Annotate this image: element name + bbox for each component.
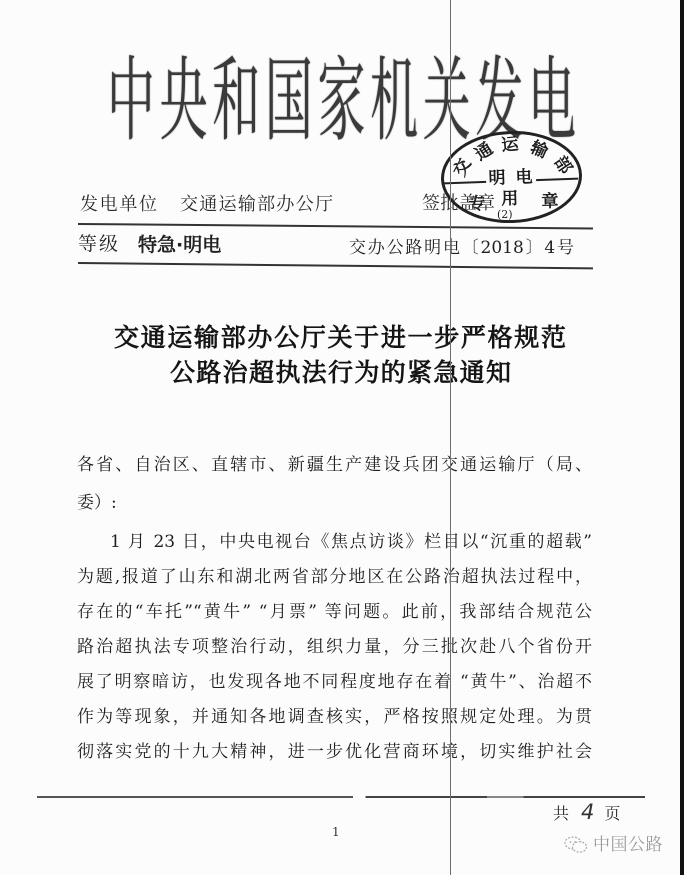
page-total-suffix: 页 — [604, 804, 620, 823]
addressee-line: 各省、自治区、直辖市、新疆生产建设兵团交通运输厅（局、 — [77, 454, 592, 476]
seal-char: 用 — [499, 189, 520, 210]
scan-edge-strip — [680, 0, 684, 875]
seal-char: 输 — [526, 137, 552, 163]
watermark-text: 中国公路 — [593, 834, 663, 856]
level-value: 特急·明电 — [138, 234, 221, 256]
seal-char: 专 — [467, 194, 488, 215]
seal-char: 章 — [540, 191, 561, 212]
seal-dash-right — [536, 178, 578, 181]
body-line: 路治超执法专项整治行动，组织力量，分三批次赴八个省份开 — [77, 636, 592, 658]
body-line: 存在的“车托”“黄牛” “月票” 等问题。此前，我部结合规范公 — [77, 601, 592, 623]
seal-char: 明 — [487, 168, 508, 189]
scan-fold-line — [450, 0, 451, 875]
document-title-line-2: 公路治超执法行为的紧急通知 — [170, 359, 511, 387]
body-line: 展了明察暗访，也发现各地不同程度地存在着 “黄牛”、治超不 — [77, 671, 592, 693]
body-line: 彻落实党的十九大精神，进一步优化营商环境，切实维护社会 — [77, 741, 592, 763]
seal-char: 电 — [514, 167, 535, 188]
seal-char: 运 — [499, 134, 521, 156]
seal-char: 部 — [549, 151, 577, 179]
sender-value: 交通运输部办公厅 — [180, 195, 333, 215]
body-line: 1 月 23 日，中央电视台《焦点访谈》栏目以“沉重的超载” — [110, 531, 592, 553]
wechat-icon — [564, 836, 588, 854]
header-divider-2 — [78, 262, 593, 269]
addressee-line: 委）: — [77, 492, 117, 514]
document-number: 交办公路明电〔2018〕4号 — [349, 238, 574, 258]
document-title-line-1: 交通运输部办公厅关于进一步严格规范 — [114, 324, 566, 352]
sender-label: 发电单位 — [80, 195, 157, 215]
seal-char: 交 — [449, 154, 476, 181]
level-label: 等级 — [78, 234, 118, 254]
page-total: 共4页 — [553, 801, 620, 825]
page-number: 1 — [332, 825, 340, 839]
page-total-prefix: 共 — [553, 804, 569, 823]
page-total-count: 4 — [581, 800, 594, 824]
footer-divider — [37, 796, 645, 798]
header-divider-1 — [78, 223, 593, 229]
body-line: 为题,报道了山东和湖北两省部分地区在公路治超执法过程中， — [77, 566, 592, 588]
body-line: 作为等现象，并通知各地调查核实，严格按照规定处理。为贯 — [77, 706, 592, 728]
